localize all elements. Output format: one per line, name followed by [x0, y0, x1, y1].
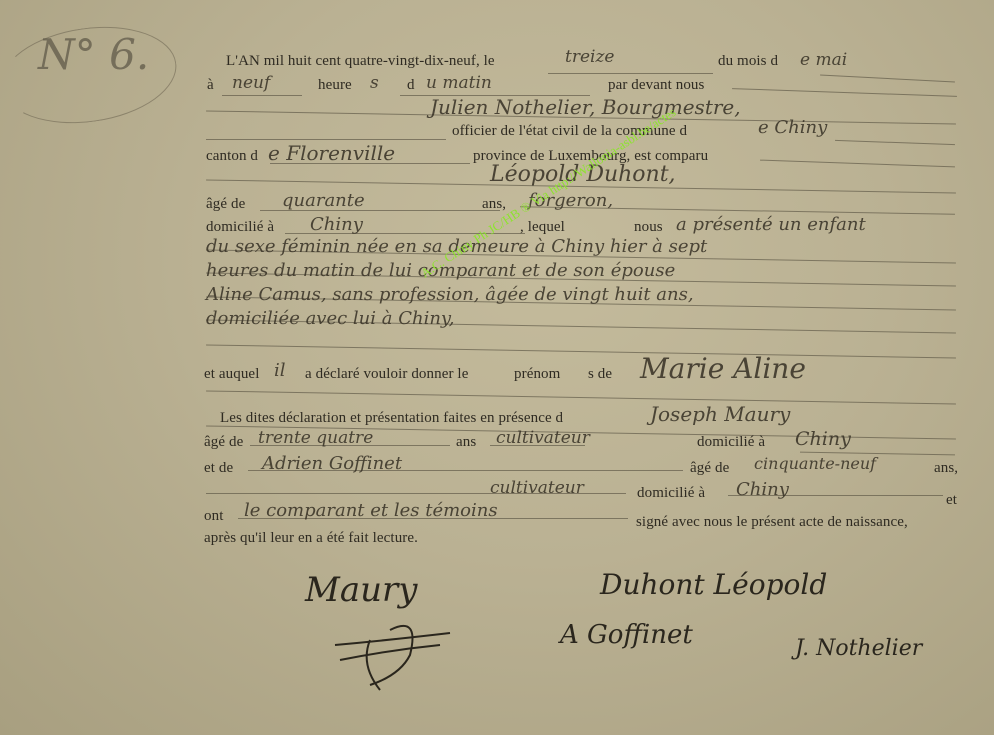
- printed-domicilie: domicilié à: [697, 434, 765, 451]
- printed-prenom: prénom: [514, 366, 560, 383]
- printed-lequel: , lequel: [520, 219, 565, 236]
- body-line-3: Aline Camus, sans profession, âgée de vi…: [206, 284, 694, 305]
- printed-domicilie: domicilié à: [206, 219, 274, 236]
- printed-et: et: [946, 492, 957, 509]
- printed-witness-intro: Les dites déclaration et présentation fa…: [220, 410, 563, 427]
- signature-nothelier: J. Nothelier: [795, 636, 922, 661]
- month-value: e mai: [800, 50, 847, 70]
- printed-domicilie: domicilié à: [637, 485, 705, 502]
- printed-ans: ans: [456, 434, 476, 451]
- rule: [206, 390, 956, 404]
- printed-par-devant-nous: par devant nous: [608, 77, 704, 94]
- officer-name: Julien Nothelier, Bourgmestre,: [430, 95, 741, 119]
- printed-et-auquel: et auquel: [204, 366, 259, 383]
- commune-value: e Chiny: [758, 117, 827, 138]
- printed-declare-vouloir: a déclaré vouloir donner le: [305, 366, 468, 383]
- rule: [835, 140, 955, 145]
- pronoun-value: il: [274, 360, 286, 381]
- record-number: N° 6.: [38, 30, 149, 79]
- printed-ont: ont: [204, 508, 223, 525]
- printed-canton: canton d: [206, 148, 258, 165]
- printed-age-de: âgé de: [206, 196, 245, 213]
- printed-month-label: du mois d: [718, 53, 778, 70]
- declarant-domicile: Chiny: [310, 214, 363, 235]
- witness1-age: trente quatre: [258, 428, 373, 448]
- signers-value: le comparant et les témoins: [244, 500, 498, 521]
- printed-de: s de: [588, 366, 612, 383]
- witness2-domicile: Chiny: [736, 479, 789, 500]
- printed-age-de: âgé de: [690, 460, 729, 477]
- presented-text: a présenté un enfant: [676, 214, 866, 235]
- witness2-profession: cultivateur: [490, 478, 584, 498]
- signature-duhont: Duhont Léopold: [600, 568, 827, 601]
- canton-value: e Florenville: [268, 141, 395, 165]
- printed-year-line: L'AN mil huit cent quatre-vingt-dix-neuf…: [226, 53, 495, 70]
- witness1-profession: cultivateur: [496, 428, 590, 448]
- printed-nous: nous: [634, 219, 663, 236]
- child-names: Marie Aline: [640, 352, 806, 385]
- body-line-4: domiciliée avec lui à Chiny,: [206, 308, 454, 329]
- rule: [206, 139, 446, 140]
- printed-age-de: âgé de: [204, 434, 243, 451]
- printed-ans: ans,: [934, 460, 958, 477]
- rule: [760, 160, 955, 168]
- period-value: u matin: [426, 73, 492, 93]
- birth-record-page: N° 6. L'AN mil huit cent quatre-vingt-di…: [0, 0, 994, 735]
- printed-a: à: [207, 77, 214, 94]
- printed-ans: ans,: [482, 196, 506, 213]
- rule: [548, 73, 713, 74]
- printed-lecture: après qu'il leur en a été fait lecture.: [204, 530, 418, 547]
- printed-d: d: [407, 77, 415, 94]
- witness1-domicile: Chiny: [795, 428, 851, 450]
- declarant-age: quarante: [282, 190, 365, 211]
- signature-goffinet: A Goffinet: [560, 620, 693, 650]
- printed-et-de: et de: [204, 460, 233, 477]
- heure-suffix: s: [370, 73, 379, 93]
- rule: [206, 344, 956, 358]
- hour-value: neuf: [232, 73, 270, 93]
- witness2-name: Adrien Goffinet: [262, 453, 402, 474]
- day-value: treize: [565, 47, 614, 67]
- printed-signe-avec-nous: signé avec nous le présent acte de naiss…: [636, 514, 908, 531]
- witness1-name: Joseph Maury: [650, 402, 790, 426]
- rule: [732, 88, 957, 97]
- rule: [222, 95, 302, 96]
- printed-heure: heure: [318, 77, 352, 94]
- rule: [820, 74, 955, 82]
- signature-maury: Maury: [305, 570, 417, 610]
- mark-flourish-icon: [330, 615, 480, 695]
- witness2-age: cinquante-neuf: [754, 454, 876, 473]
